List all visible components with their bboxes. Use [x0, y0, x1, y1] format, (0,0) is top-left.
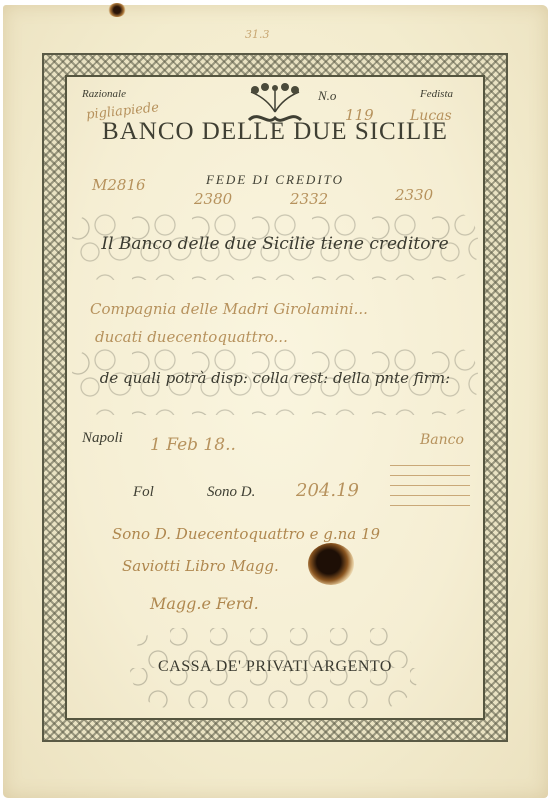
engraved-line-1: Il Banco delle due Sicilie tiene credito…	[72, 234, 478, 254]
serial-2: 2332	[290, 190, 328, 208]
fol-label: Fol	[133, 484, 154, 501]
document-title: BANCO DELLE DUE SICILIE	[0, 118, 550, 146]
handwritten-date: 1 Feb 18..	[150, 435, 236, 455]
handwritten-line-1: Compagnia delle Madri Girolamini...	[90, 300, 368, 318]
serial-3: 2330	[395, 186, 433, 204]
fedista-label: Fedista	[420, 88, 453, 100]
burn-hole	[308, 543, 354, 585]
handwritten-banco: Banco	[420, 432, 464, 448]
cassa-cartouche: CASSA DE' PRIVATI ARGENTO	[130, 628, 420, 708]
serial-left: M2816	[92, 176, 146, 194]
calligraphy-band-1: Il Banco delle due Sicilie tiene credito…	[72, 210, 478, 280]
sono-label: Sono D.	[207, 484, 255, 501]
razionale-label: Razionale	[82, 88, 126, 100]
cassa-label: CASSA DE' PRIVATI ARGENTO	[130, 658, 420, 676]
serial-1: 2380	[194, 190, 232, 208]
clerk-line: Saviotti Libro Magg.	[122, 557, 279, 575]
cancel-line-5	[390, 505, 470, 506]
cancel-line-2	[390, 475, 470, 476]
cancel-line-4	[390, 495, 470, 496]
cancel-line-3	[390, 485, 470, 486]
top-stamp: 31.3	[245, 28, 270, 41]
burn-mark-top	[108, 3, 126, 17]
amount-in-words: Sono D. Duecentoquattro e g.na 19	[112, 525, 380, 543]
engraved-line-2: de quali potrà disp: colla rest: della p…	[72, 369, 478, 387]
document-subtitle: FEDE DI CREDITO	[0, 172, 550, 188]
place-napoli: Napoli	[82, 430, 123, 447]
handwritten-line-2: ducati duecentoquattro...	[95, 328, 288, 346]
calligraphy-band-2: de quali potrà disp: colla rest: della p…	[72, 345, 478, 415]
cancel-line-1	[390, 465, 470, 466]
amount-value: 204.19	[296, 480, 359, 501]
signature: Magg.e Ferd.	[150, 594, 259, 613]
number-label: N.o	[318, 88, 336, 104]
